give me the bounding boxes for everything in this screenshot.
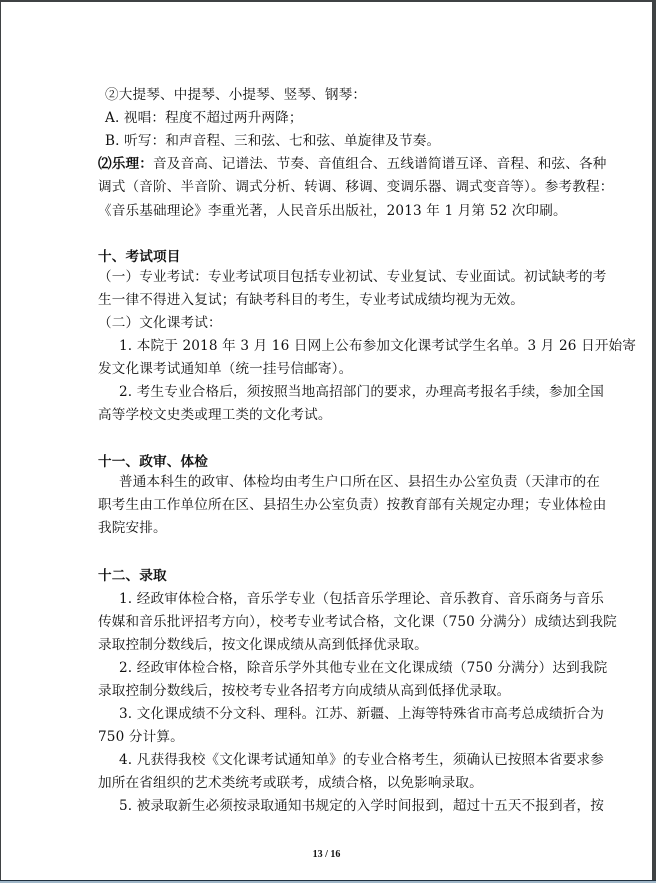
section-heading: 十二、录取 [98, 567, 167, 585]
text-line: 5. 被录取新生必须按录取通知书规定的入学时间报到，超过十五天不报到者，按 [119, 797, 604, 815]
text-line: （一）专业考试：专业考试项目包括专业初试、专业复试、专业面试。初试缺考的考 [98, 268, 607, 286]
text-line: 传媒和音乐批评招考方向），校考专业考试合格，文化课（750 分满分）成绩达到我院 [98, 613, 617, 631]
text-line: 750 分计算。 [98, 728, 184, 746]
document-page: ②大提琴、中提琴、小提琴、竖琴、钢琴： A. 视唱：程度不超过两升两降； B. … [1, 2, 652, 880]
text-line: 《音乐基础理论》李重光著，人民音乐出版社，2013 年 1 月第 52 次印刷。 [98, 202, 567, 220]
text-line: 高等学校文史类或理工类的文化考试。 [98, 406, 332, 424]
text-line: 职考生由工作单位所在区、县招生办公室负责）按教育部有关规定办理；专业体检由 [98, 496, 607, 514]
text-line: （二）文化课考试： [98, 314, 222, 332]
text-line: 录取控制分数线后，按文化课成绩从高到低择优录取。 [98, 636, 428, 654]
text-line: 1. 经政审体检合格，音乐学专业（包括音乐学理论、音乐教育、音乐商务与音乐 [119, 590, 604, 608]
text-line: ⑵乐理：音及音高、记谱法、节奏、音值组合、五线谱简谱互译、音程、和弦、各种 [98, 155, 607, 173]
text-line: 3. 文化课成绩不分文科、理科。江苏、新疆、上海等特殊省市高考总成绩折合为 [119, 705, 604, 723]
text-line: 加所在省组织的艺术类统考或联考，成绩合格，以免影响录取。 [98, 774, 483, 792]
text-line: A. 视唱：程度不超过两升两降； [105, 109, 303, 127]
text-line: 我院安排。 [98, 519, 167, 537]
text-line: 1. 本院于 2018 年 3 月 16 日网上公布参加文化课考试学生名单。3 … [119, 337, 636, 355]
text-line: 普通本科生的政审、体检均由考生户口所在区、县招生办公室负责（天津市的在 [119, 473, 600, 491]
text-line: 2. 经政审体检合格，除音乐学外其他专业在文化课成绩（750 分满分）达到我院 [119, 659, 607, 677]
text-line: B. 听写：和声音程、三和弦、七和弦、单旋律及节奏。 [105, 132, 440, 150]
text-line: 4. 凡获得我校《文化课考试通知单》的专业合格考生，须确认已按照本省要求参 [119, 751, 604, 769]
music-theory-label: ⑵乐理： [98, 156, 153, 172]
section-heading: 十、考试项目 [98, 248, 180, 266]
text-line: 调式（音阶、半音阶、调式分析、转调、移调、变调乐器、调式变音等）。参考教程： [98, 178, 613, 196]
text-line: 发文化课考试通知单（统一挂号信邮寄）。 [98, 360, 352, 378]
page-number: 13 / 16 [1, 849, 652, 860]
music-theory-text: 音及音高、记谱法、节奏、音值组合、五线谱简谱互译、音程、和弦、各种 [153, 156, 607, 172]
section-heading: 十一、政审、体检 [98, 453, 208, 471]
text-line: 录取控制分数线后，按校考专业各招考方向成绩从高到低择优录取。 [98, 682, 510, 700]
text-line: 2. 考生专业合格后，须按照当地高招部门的要求，办理高考报名手续，参加全国 [119, 383, 604, 401]
text-line: 生一律不得进入复试；有缺考科目的考生，专业考试成绩均视为无效。 [98, 291, 524, 309]
text-line: ②大提琴、中提琴、小提琴、竖琴、钢琴： [105, 86, 366, 104]
